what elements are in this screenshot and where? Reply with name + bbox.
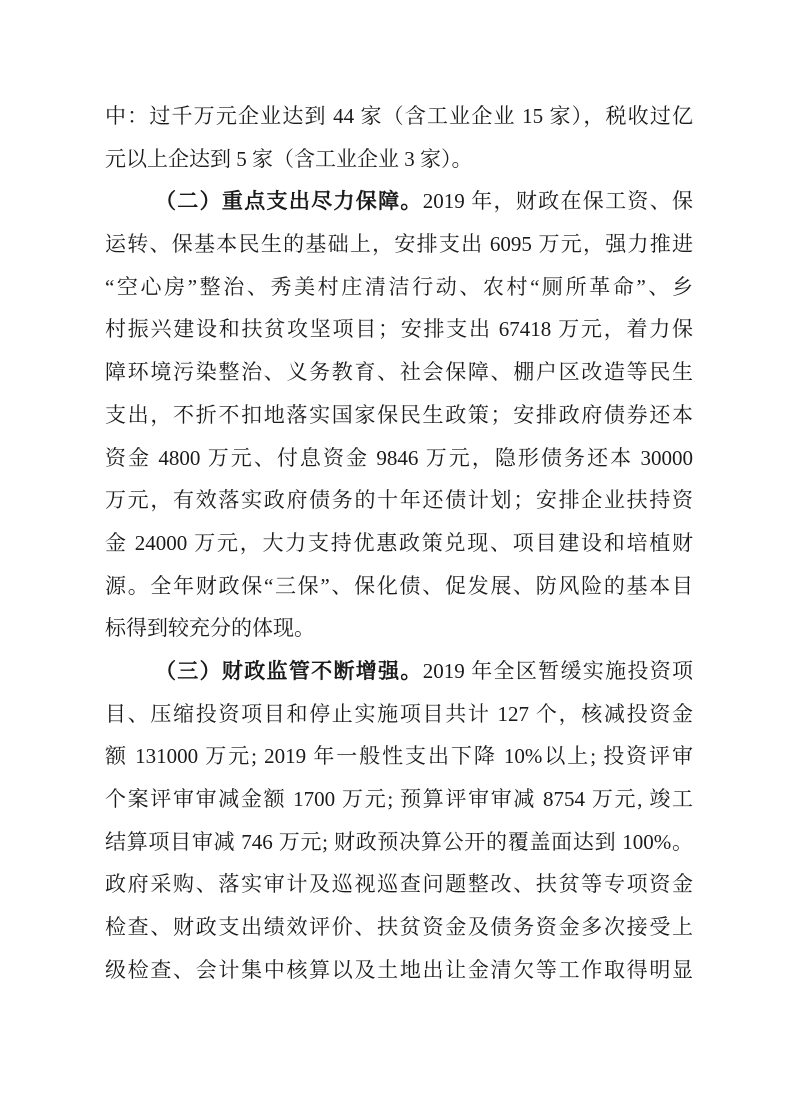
text-line: 目、压缩投资项目和停止实施项目共计 127 个，核减投资金 bbox=[105, 693, 693, 736]
text-line: 金 24000 万元，大力支持优惠政策兑现、项目建设和培植财 bbox=[105, 522, 693, 565]
text-line: 中：过千万元企业达到 44 家（含工业企业 15 家），税收过亿 bbox=[105, 95, 693, 138]
text-line: “空心房”整治、秀美村庄清洁行动、农村“厕所革命”、乡 bbox=[105, 266, 693, 309]
document-body: 中：过千万元企业达到 44 家（含工业企业 15 家），税收过亿 元以上企达到 … bbox=[105, 95, 693, 991]
text-line: 村振兴建设和扶贫攻坚项目；安排支出 67418 万元，着力保 bbox=[105, 308, 693, 351]
text-line: 个案评审审减金额 1700 万元; 预算评审审减 8754 万元, 竣工 bbox=[105, 778, 693, 821]
text-line: 级检查、会计集中核算以及土地出让金清欠等工作取得明显 bbox=[105, 949, 693, 992]
text-line: 政府采购、落实审计及巡视巡查问题整改、扶贫等专项资金 bbox=[105, 863, 693, 906]
text-line: 标得到较充分的体现。 bbox=[105, 607, 693, 650]
text-run: 2019 年，财政在保工资、保 bbox=[423, 189, 693, 213]
text-line: 障环境污染整治、义务教育、社会保障、棚户区改造等民生 bbox=[105, 351, 693, 394]
text-line: 检查、财政支出绩效评价、扶贫资金及债务资金多次接受上 bbox=[105, 906, 693, 949]
text-line: （三）财政监管不断增强。2019 年全区暂缓实施投资项 bbox=[105, 650, 693, 693]
text-run: 2019 年全区暂缓实施投资项 bbox=[423, 659, 693, 683]
text-line: 额 131000 万元; 2019 年一般性支出下降 10%以上; 投资评审 bbox=[105, 735, 693, 778]
text-line: 资金 4800 万元、付息资金 9846 万元，隐形债务还本 30000 bbox=[105, 437, 693, 480]
text-line: 结算项目审减 746 万元; 财政预决算公开的覆盖面达到 100%。 bbox=[105, 821, 693, 864]
text-line: （二）重点支出尽力保障。2019 年，财政在保工资、保 bbox=[105, 180, 693, 223]
text-line: 源。全年财政保“三保”、保化债、促发展、防风险的基本目 bbox=[105, 565, 693, 608]
section-heading: （二）重点支出尽力保障。 bbox=[155, 189, 423, 213]
text-line: 支出，不折不扣地落实国家保民生政策；安排政府债券还本 bbox=[105, 394, 693, 437]
text-line: 元以上企达到 5 家（含工业企业 3 家）。 bbox=[105, 138, 693, 181]
text-line: 运转、保基本民生的基础上，安排支出 6095 万元，强力推进 bbox=[105, 223, 693, 266]
document-page: 中：过千万元企业达到 44 家（含工业企业 15 家），税收过亿 元以上企达到 … bbox=[0, 0, 790, 1118]
text-line: 万元，有效落实政府债务的十年还债计划；安排企业扶持资 bbox=[105, 479, 693, 522]
section-heading: （三）财政监管不断增强。 bbox=[155, 659, 423, 683]
